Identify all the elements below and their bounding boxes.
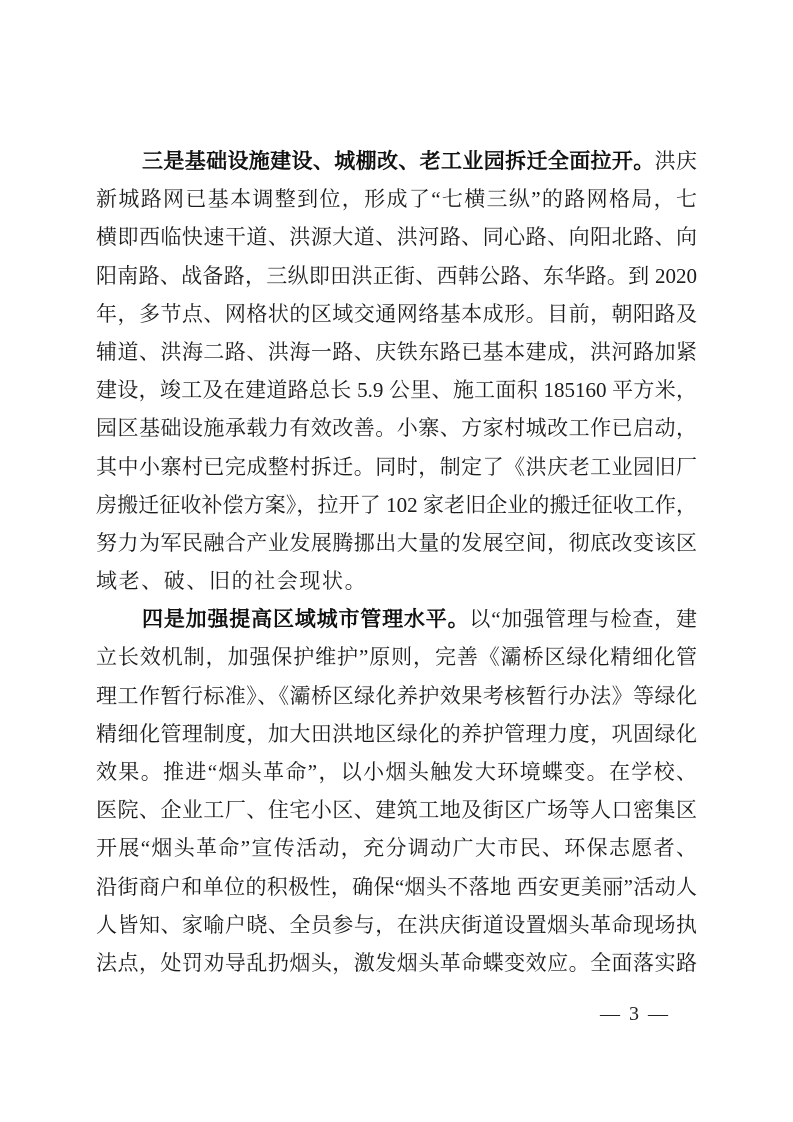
text-line: 园区基础设施承载力有效改善。小寨、方家村城改工作已启动， xyxy=(96,409,697,447)
text-line: 效果。推进“烟头革命”，以小烟头触发大环境蝶变。在学校、 xyxy=(96,753,697,791)
text-line: 辅道、洪海二路、洪海一路、庆铁东路已基本建成，洪河路加紧 xyxy=(96,333,697,371)
text-line: 努力为军民融合产业发展腾挪出大量的发展空间，彻底改变该区 xyxy=(96,524,697,562)
text-line: 医院、企业工厂、住宅小区、建筑工地及街区广场等人口密集区 xyxy=(96,791,697,829)
document-page: 三是基础设施建设、城棚改、老工业园拆迁全面拉开。洪庆 新城路网已基本调整到位，形… xyxy=(0,0,793,1122)
text-line: 年，多节点、网格状的区域交通网络基本成形。目前，朝阳路及 xyxy=(96,295,697,333)
text-line: 域老、破、旧的社会现状。 xyxy=(96,562,697,600)
para1-lead-bold: 三是基础设施建设、城棚改、老工业园拆迁全面拉开。 xyxy=(142,150,655,173)
para2-lead-bold: 四是加强提高区域城市管理水平。 xyxy=(142,608,469,631)
document-body: 三是基础设施建设、城棚改、老工业园拆迁全面拉开。洪庆 新城路网已基本调整到位，形… xyxy=(96,142,697,982)
text-line: 开展“烟头革命”宣传活动，充分调动广大市民、环保志愿者、 xyxy=(96,829,697,867)
text-line: 新城路网已基本调整到位，形成了“七横三纵”的路网格局，七 xyxy=(96,180,697,218)
para1-lead-line: 三是基础设施建设、城棚改、老工业园拆迁全面拉开。洪庆 xyxy=(96,142,697,180)
text-line: 阳南路、战备路，三纵即田洪正街、西韩公路、东华路。到 2020 xyxy=(96,257,697,295)
text-line: 人皆知、家喻户晓、全员参与，在洪庆街道设置烟头革命现场执 xyxy=(96,906,697,944)
para2-lead-rest: 以“加强管理与检查，建 xyxy=(469,607,697,631)
text-line: 房搬迁征收补偿方案》，拉开了 102 家老旧企业的搬迁征收工作， xyxy=(96,486,697,524)
text-line: 其中小寨村已完成整村拆迁。同时，制定了《洪庆老工业园旧厂 xyxy=(96,448,697,486)
text-line: 精细化管理制度，加大田洪地区绿化的养护管理力度，巩固绿化 xyxy=(96,715,697,753)
para2-lead-line: 四是加强提高区域城市管理水平。以“加强管理与检查，建 xyxy=(96,600,697,638)
text-line: 立长效机制，加强保护维护”原则，完善《灞桥区绿化精细化管 xyxy=(96,638,697,676)
text-line: 理工作暂行标准》、《灞桥区绿化养护效果考核暂行办法》等绿化 xyxy=(96,677,697,715)
text-line: 横即西临快速干道、洪源大道、洪河路、同心路、向阳北路、向 xyxy=(96,218,697,256)
text-line: 建设，竣工及在建道路总长 5.9 公里、施工面积 185160 平方米， xyxy=(96,371,697,409)
text-line: 沿街商户和单位的积极性，确保“烟头不落地 西安更美丽”活动人 xyxy=(96,868,697,906)
page-number: — 3 — xyxy=(600,1003,670,1026)
para1-lead-rest: 洪庆 xyxy=(655,149,697,173)
text-line: 法点，处罚劝导乱扔烟头，激发烟头革命蝶变效应。全面落实路 xyxy=(96,944,697,982)
